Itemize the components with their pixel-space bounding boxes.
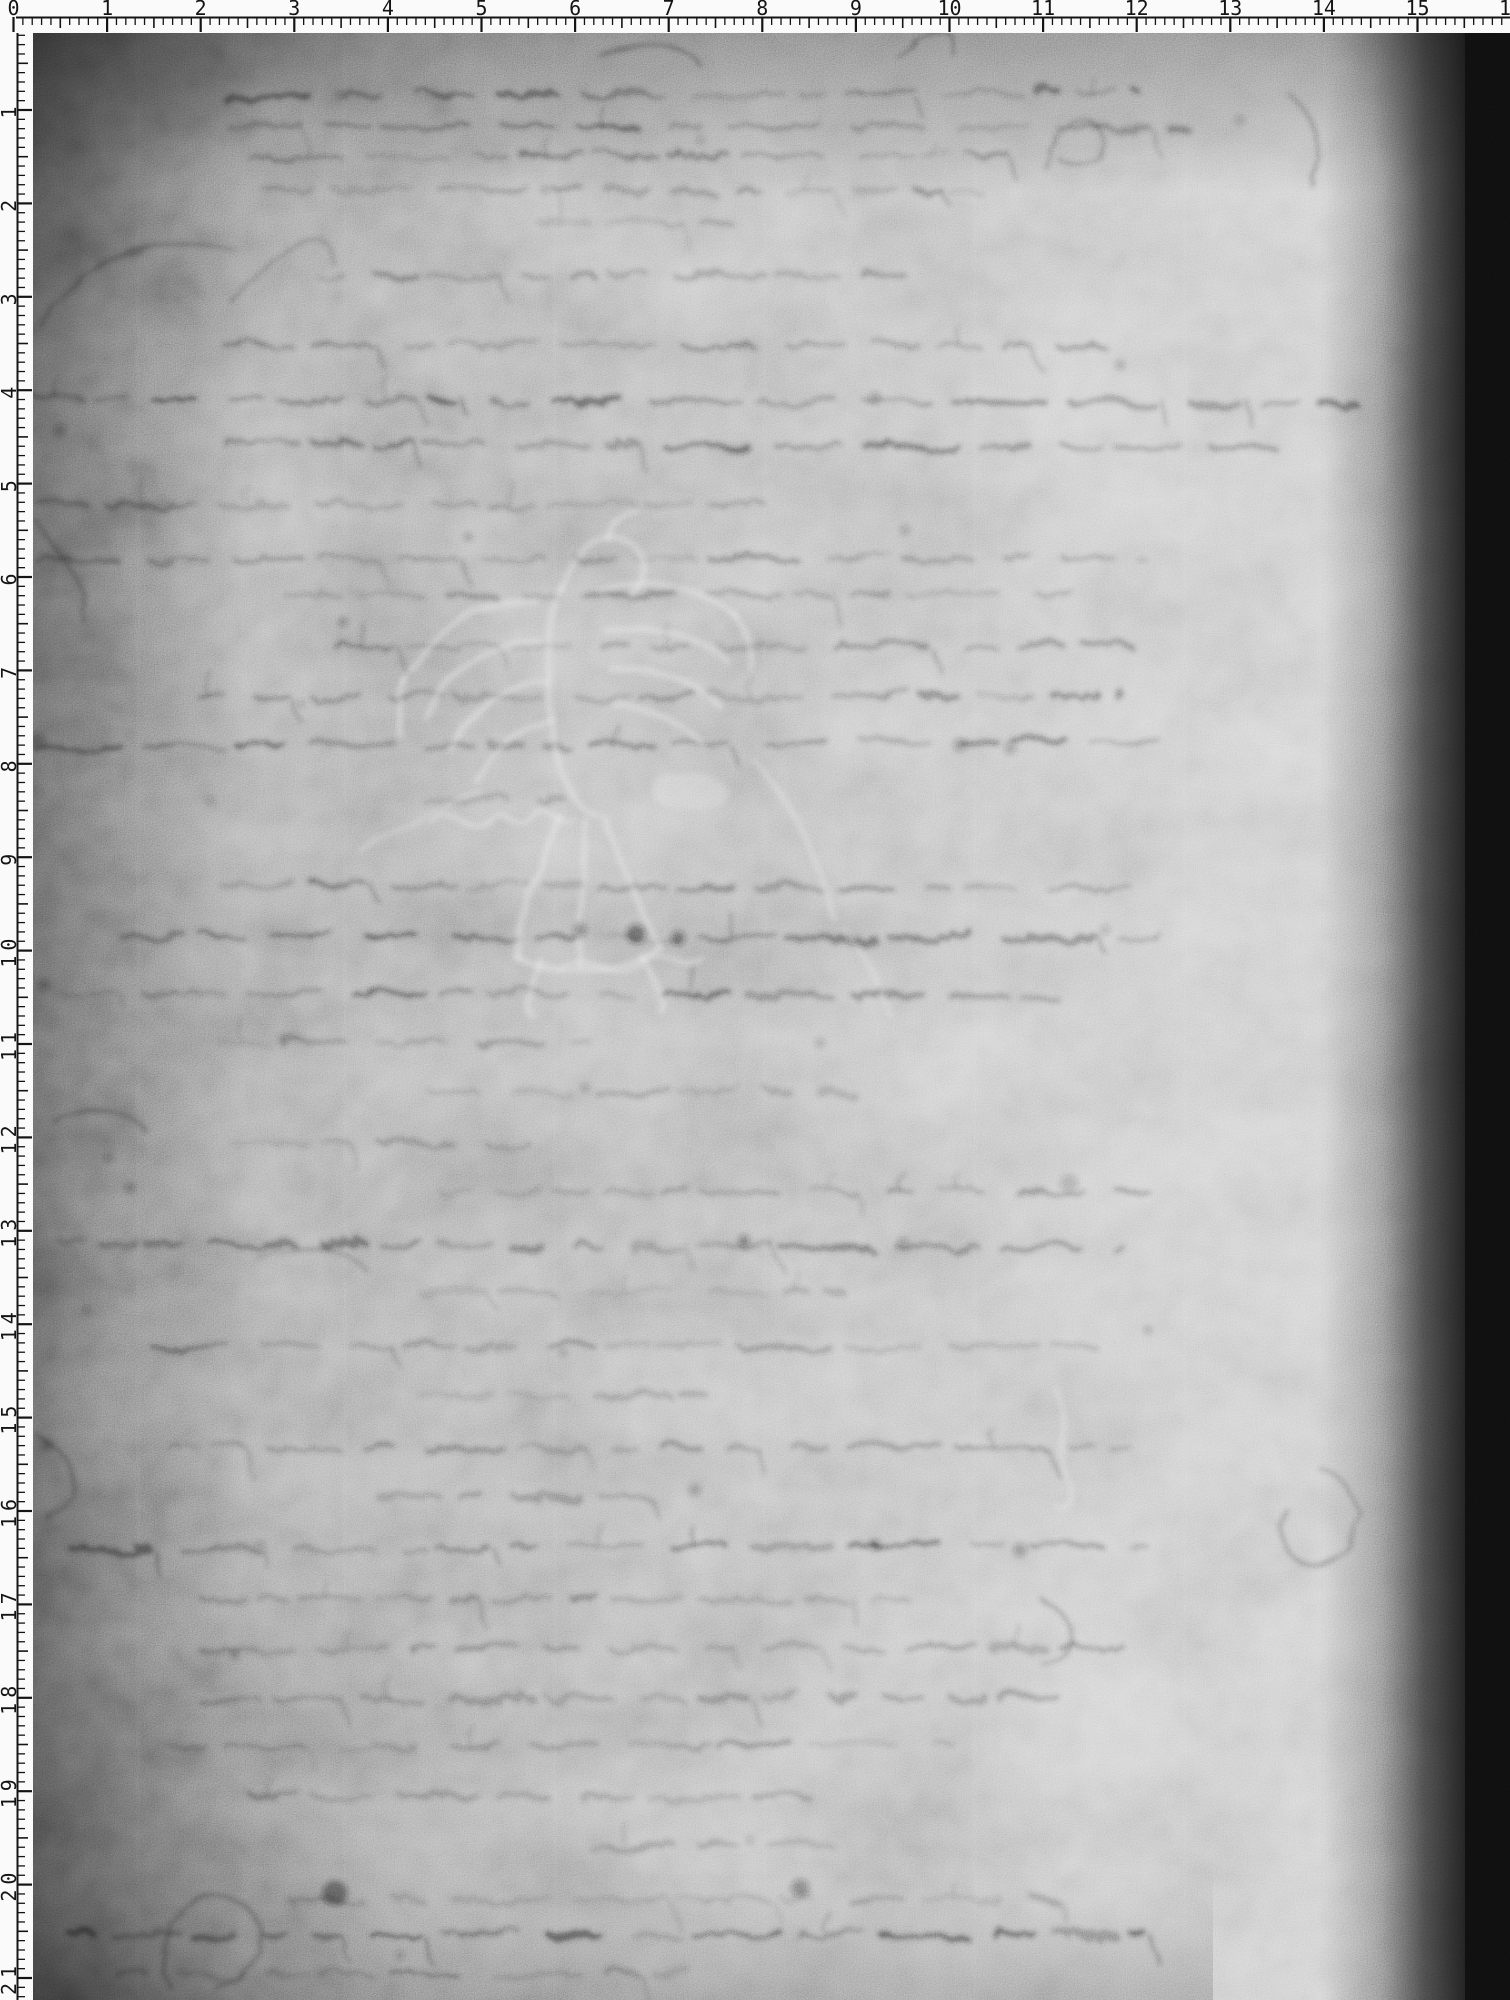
band-grain <box>1340 33 1510 2000</box>
left-ruler-label-4: 4 <box>0 382 21 399</box>
watermark-photograph: 0123456789101112131415161718192021 01234… <box>0 0 1510 2000</box>
left-ruler-label-9: 9 <box>0 849 21 866</box>
top-ruler-label-10: 10 <box>937 0 961 20</box>
left-ruler-label-13: 13 <box>0 1214 21 1248</box>
left-ruler-label-16: 16 <box>0 1494 21 1528</box>
left-ruler-label-10: 10 <box>0 934 21 968</box>
left-ruler-label-5: 5 <box>0 475 21 492</box>
top-ruler-label-12: 12 <box>1125 0 1149 20</box>
top-ruler-label-4: 4 <box>382 0 394 20</box>
left-ruler-label-18: 18 <box>0 1681 21 1715</box>
top-ruler-label-2: 2 <box>195 0 207 20</box>
left-ruler-label-1: 1 <box>0 101 21 118</box>
top-ruler-label-3: 3 <box>288 0 300 20</box>
left-ruler-label-14: 14 <box>0 1307 21 1341</box>
top-ruler-label-0: 0 <box>7 0 19 20</box>
left-ruler-label-15: 15 <box>0 1401 21 1435</box>
left-ruler-label-21: 21 <box>0 1961 21 1995</box>
top-ruler-label-8: 8 <box>756 0 768 20</box>
left-ruler-label-19: 19 <box>0 1774 21 1808</box>
top-ruler-label-16: 16 <box>1499 0 1510 20</box>
left-ruler-label-2: 2 <box>0 195 21 212</box>
manuscript-page <box>29 31 1510 2000</box>
top-ruler-label-13: 13 <box>1218 0 1242 20</box>
left-ruler-label-3: 3 <box>0 288 21 305</box>
film-grain <box>33 33 1510 2000</box>
manuscript-photo-canvas: 0123456789101112131415161718192021 01234… <box>0 0 1510 2000</box>
left-ruler-label-20: 20 <box>0 1868 21 1902</box>
top-ruler-label-15: 15 <box>1405 0 1429 20</box>
top-ruler-label-14: 14 <box>1312 0 1336 20</box>
left-ruler-label-7: 7 <box>0 662 21 679</box>
top-ruler-label-11: 11 <box>1031 0 1055 20</box>
top-ruler-label-7: 7 <box>663 0 675 20</box>
left-ruler: 0123456789101112131415161718192021 <box>0 0 33 2000</box>
left-ruler-label-12: 12 <box>0 1120 21 1154</box>
left-ruler-label-8: 8 <box>0 755 21 772</box>
left-ruler-label-11: 11 <box>0 1027 21 1061</box>
top-ruler-label-6: 6 <box>569 0 581 20</box>
top-ruler: 012345678910111213141516 <box>0 0 1510 33</box>
left-ruler-label-6: 6 <box>0 568 21 585</box>
left-ruler-label-17: 17 <box>0 1587 21 1621</box>
top-ruler-label-1: 1 <box>101 0 113 20</box>
top-ruler-label-9: 9 <box>850 0 862 20</box>
top-ruler-label-5: 5 <box>475 0 487 20</box>
